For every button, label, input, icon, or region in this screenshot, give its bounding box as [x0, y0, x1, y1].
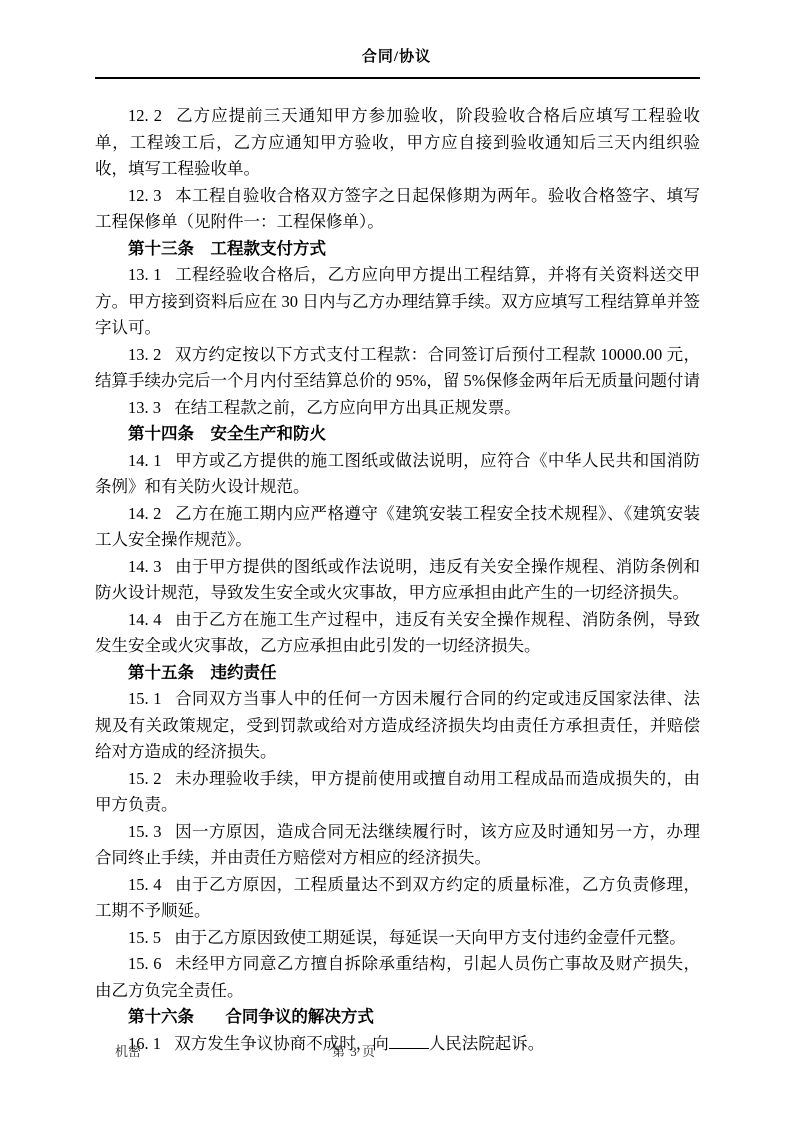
clause-paragraph-13-2: 13. 2双方约定按以下方式支付工程款：合同签订后预付工程款 10000.00 … [95, 342, 700, 395]
clause-text: 工程经验收合格后，乙方应向甲方提出工程结算，并将有关资料送交甲方。甲方接到资料后… [95, 265, 700, 337]
section-heading-14: 第十四条安全生产和防火 [95, 421, 700, 448]
clause-paragraph-13-1: 13. 1工程经验收合格后，乙方应向甲方提出工程结算，并将有关资料送交甲方。甲方… [95, 262, 700, 342]
clause-text: 由于乙方原因致使工期延误，每延误一天向甲方支付违约金壹仟元整。 [174, 928, 686, 947]
clause-text: 因一方原因，造成合同无法继续履行时，该方应及时通知另一方，办理合同终止手续，并由… [95, 822, 700, 868]
clause-paragraph-15-4: 15. 4由于乙方原因，工程质量达不到双方约定的质量标准，乙方负责修理，工期不予… [95, 872, 700, 925]
clause-number: 15. 5 [128, 928, 161, 947]
clause-number: 14. 4 [128, 610, 161, 629]
clause-number: 14. 1 [128, 451, 161, 470]
clause-text: 本工程自验收合格双方签字之日起保修期为两年。验收合格签字、填写工程保修单（见附件… [95, 186, 700, 232]
clause-paragraph-13-3: 13. 3在结工程款之前，乙方应向甲方出具正规发票。 [95, 395, 700, 422]
section-title: 合同争议的解决方式 [225, 1007, 374, 1026]
section-heading-13: 第十三条工程款支付方式 [95, 236, 700, 263]
section-number: 第十六条 [128, 1007, 194, 1026]
clause-text: 由于乙方原因，工程质量达不到双方约定的质量标准，乙方负责修理，工期不予顺延。 [95, 875, 700, 921]
clause-number: 12. 3 [128, 186, 161, 205]
page-title: 合同/协议 [0, 46, 793, 68]
contract-body: 12. 2乙方应提前三天通知甲方参加验收，阶段验收合格后应填写工程验收单，工程竣… [95, 103, 700, 1057]
contract-page: 合同/协议 12. 2乙方应提前三天通知甲方参加验收，阶段验收合格后应填写工程验… [0, 0, 793, 1122]
section-title: 违约责任 [211, 663, 277, 682]
clause-paragraph-12-3: 12. 3本工程自验收合格双方签字之日起保修期为两年。验收合格签字、填写工程保修… [95, 183, 700, 236]
clause-paragraph-14-3: 14. 3由于甲方提供的图纸或作法说明，违反有关安全操作规程、消防条例和防火设计… [95, 554, 700, 607]
clause-text: 未办理验收手续，甲方提前使用或擅自动用工程成品而造成损失的，由甲方负责。 [95, 769, 700, 815]
clause-text: 在结工程款之前，乙方应向甲方出具正规发票。 [174, 398, 521, 417]
clause-number: 15. 2 [128, 769, 161, 788]
clause-text: 合同双方当事人中的任何一方因未履行合同的约定或违反国家法律、法规及有关政策规定，… [95, 689, 700, 761]
clause-paragraph-12-2: 12. 2乙方应提前三天通知甲方参加验收，阶段验收合格后应填写工程验收单，工程竣… [95, 103, 700, 183]
header-divider [95, 77, 700, 79]
clause-number: 13. 3 [128, 398, 161, 417]
clause-number: 15. 6 [128, 954, 161, 973]
fill-in-blank [389, 1032, 429, 1049]
section-title: 安全生产和防火 [211, 424, 327, 443]
page-header: 合同/协议 [0, 0, 793, 79]
clause-paragraph-15-5: 15. 5由于乙方原因致使工期延误，每延误一天向甲方支付违约金壹仟元整。 [95, 925, 700, 952]
clause-text: 甲方或乙方提供的施工图纸或做法说明，应符合《中华人民共和国消防条例》和有关防火设… [95, 451, 700, 497]
clause-number: 15. 4 [128, 875, 161, 894]
clause-text: 未经甲方同意乙方擅自拆除承重结构，引起人员伤亡事故及财产损失，由乙方负完全责任。 [95, 954, 700, 1000]
clause-paragraph-16-1: 16. 1双方发生争议协商不成时，向人民法院起诉。 [95, 1031, 700, 1058]
clause-text: 双方约定按以下方式支付工程款：合同签订后预付工程款 10000.00 元，结算手… [95, 345, 700, 391]
clause-paragraph-15-2: 15. 2未办理验收手续，甲方提前使用或擅自动用工程成品而造成损失的，由甲方负责… [95, 766, 700, 819]
clause-number: 15. 3 [128, 822, 161, 841]
section-title: 工程款支付方式 [211, 239, 327, 258]
clause-paragraph-14-1: 14. 1甲方或乙方提供的施工图纸或做法说明，应符合《中华人民共和国消防条例》和… [95, 448, 700, 501]
clause-number: 14. 2 [128, 504, 161, 523]
clause-number: 14. 3 [128, 557, 161, 576]
clause-number: 13. 1 [128, 265, 161, 284]
clause-paragraph-15-1: 15. 1合同双方当事人中的任何一方因未履行合同的约定或违反国家法律、法规及有关… [95, 686, 700, 766]
clause-text: 由于甲方提供的图纸或作法说明，违反有关安全操作规程、消防条例和防火设计规范，导致… [95, 557, 700, 603]
clause-text: 乙方在施工期内应严格遵守《建筑安装工程安全技术规程》、《建筑安装工人安全操作规范… [95, 504, 700, 550]
security-label: 机密 [115, 1043, 141, 1061]
clause-number: 12. 2 [128, 106, 162, 125]
section-number: 第十四条 [128, 424, 194, 443]
page-number: 第 3 页 [332, 1043, 376, 1061]
clause-number: 13. 2 [128, 345, 161, 364]
section-number: 第十五条 [128, 663, 194, 682]
clause-paragraph-14-4: 14. 4由于乙方在施工生产过程中，违反有关安全操作规程、消防条例，导致发生安全… [95, 607, 700, 660]
section-heading-16: 第十六条合同争议的解决方式 [95, 1004, 700, 1031]
clause-paragraph-15-6: 15. 6未经甲方同意乙方擅自拆除承重结构，引起人员伤亡事故及财产损失，由乙方负… [95, 951, 700, 1004]
clause-text: 人民法院起诉。 [429, 1034, 545, 1053]
clause-text: 乙方应提前三天通知甲方参加验收，阶段验收合格后应填写工程验收单，工程竣工后，乙方… [95, 106, 700, 178]
section-heading-15: 第十五条违约责任 [95, 660, 700, 687]
clause-text: 由于乙方在施工生产过程中，违反有关安全操作规程、消防条例，导致发生安全或火灾事故… [95, 610, 700, 656]
clause-paragraph-15-3: 15. 3因一方原因，造成合同无法继续履行时，该方应及时通知另一方，办理合同终止… [95, 819, 700, 872]
clause-paragraph-14-2: 14. 2乙方在施工期内应严格遵守《建筑安装工程安全技术规程》、《建筑安装工人安… [95, 501, 700, 554]
section-number: 第十三条 [128, 239, 194, 258]
clause-number: 15. 1 [128, 689, 161, 708]
